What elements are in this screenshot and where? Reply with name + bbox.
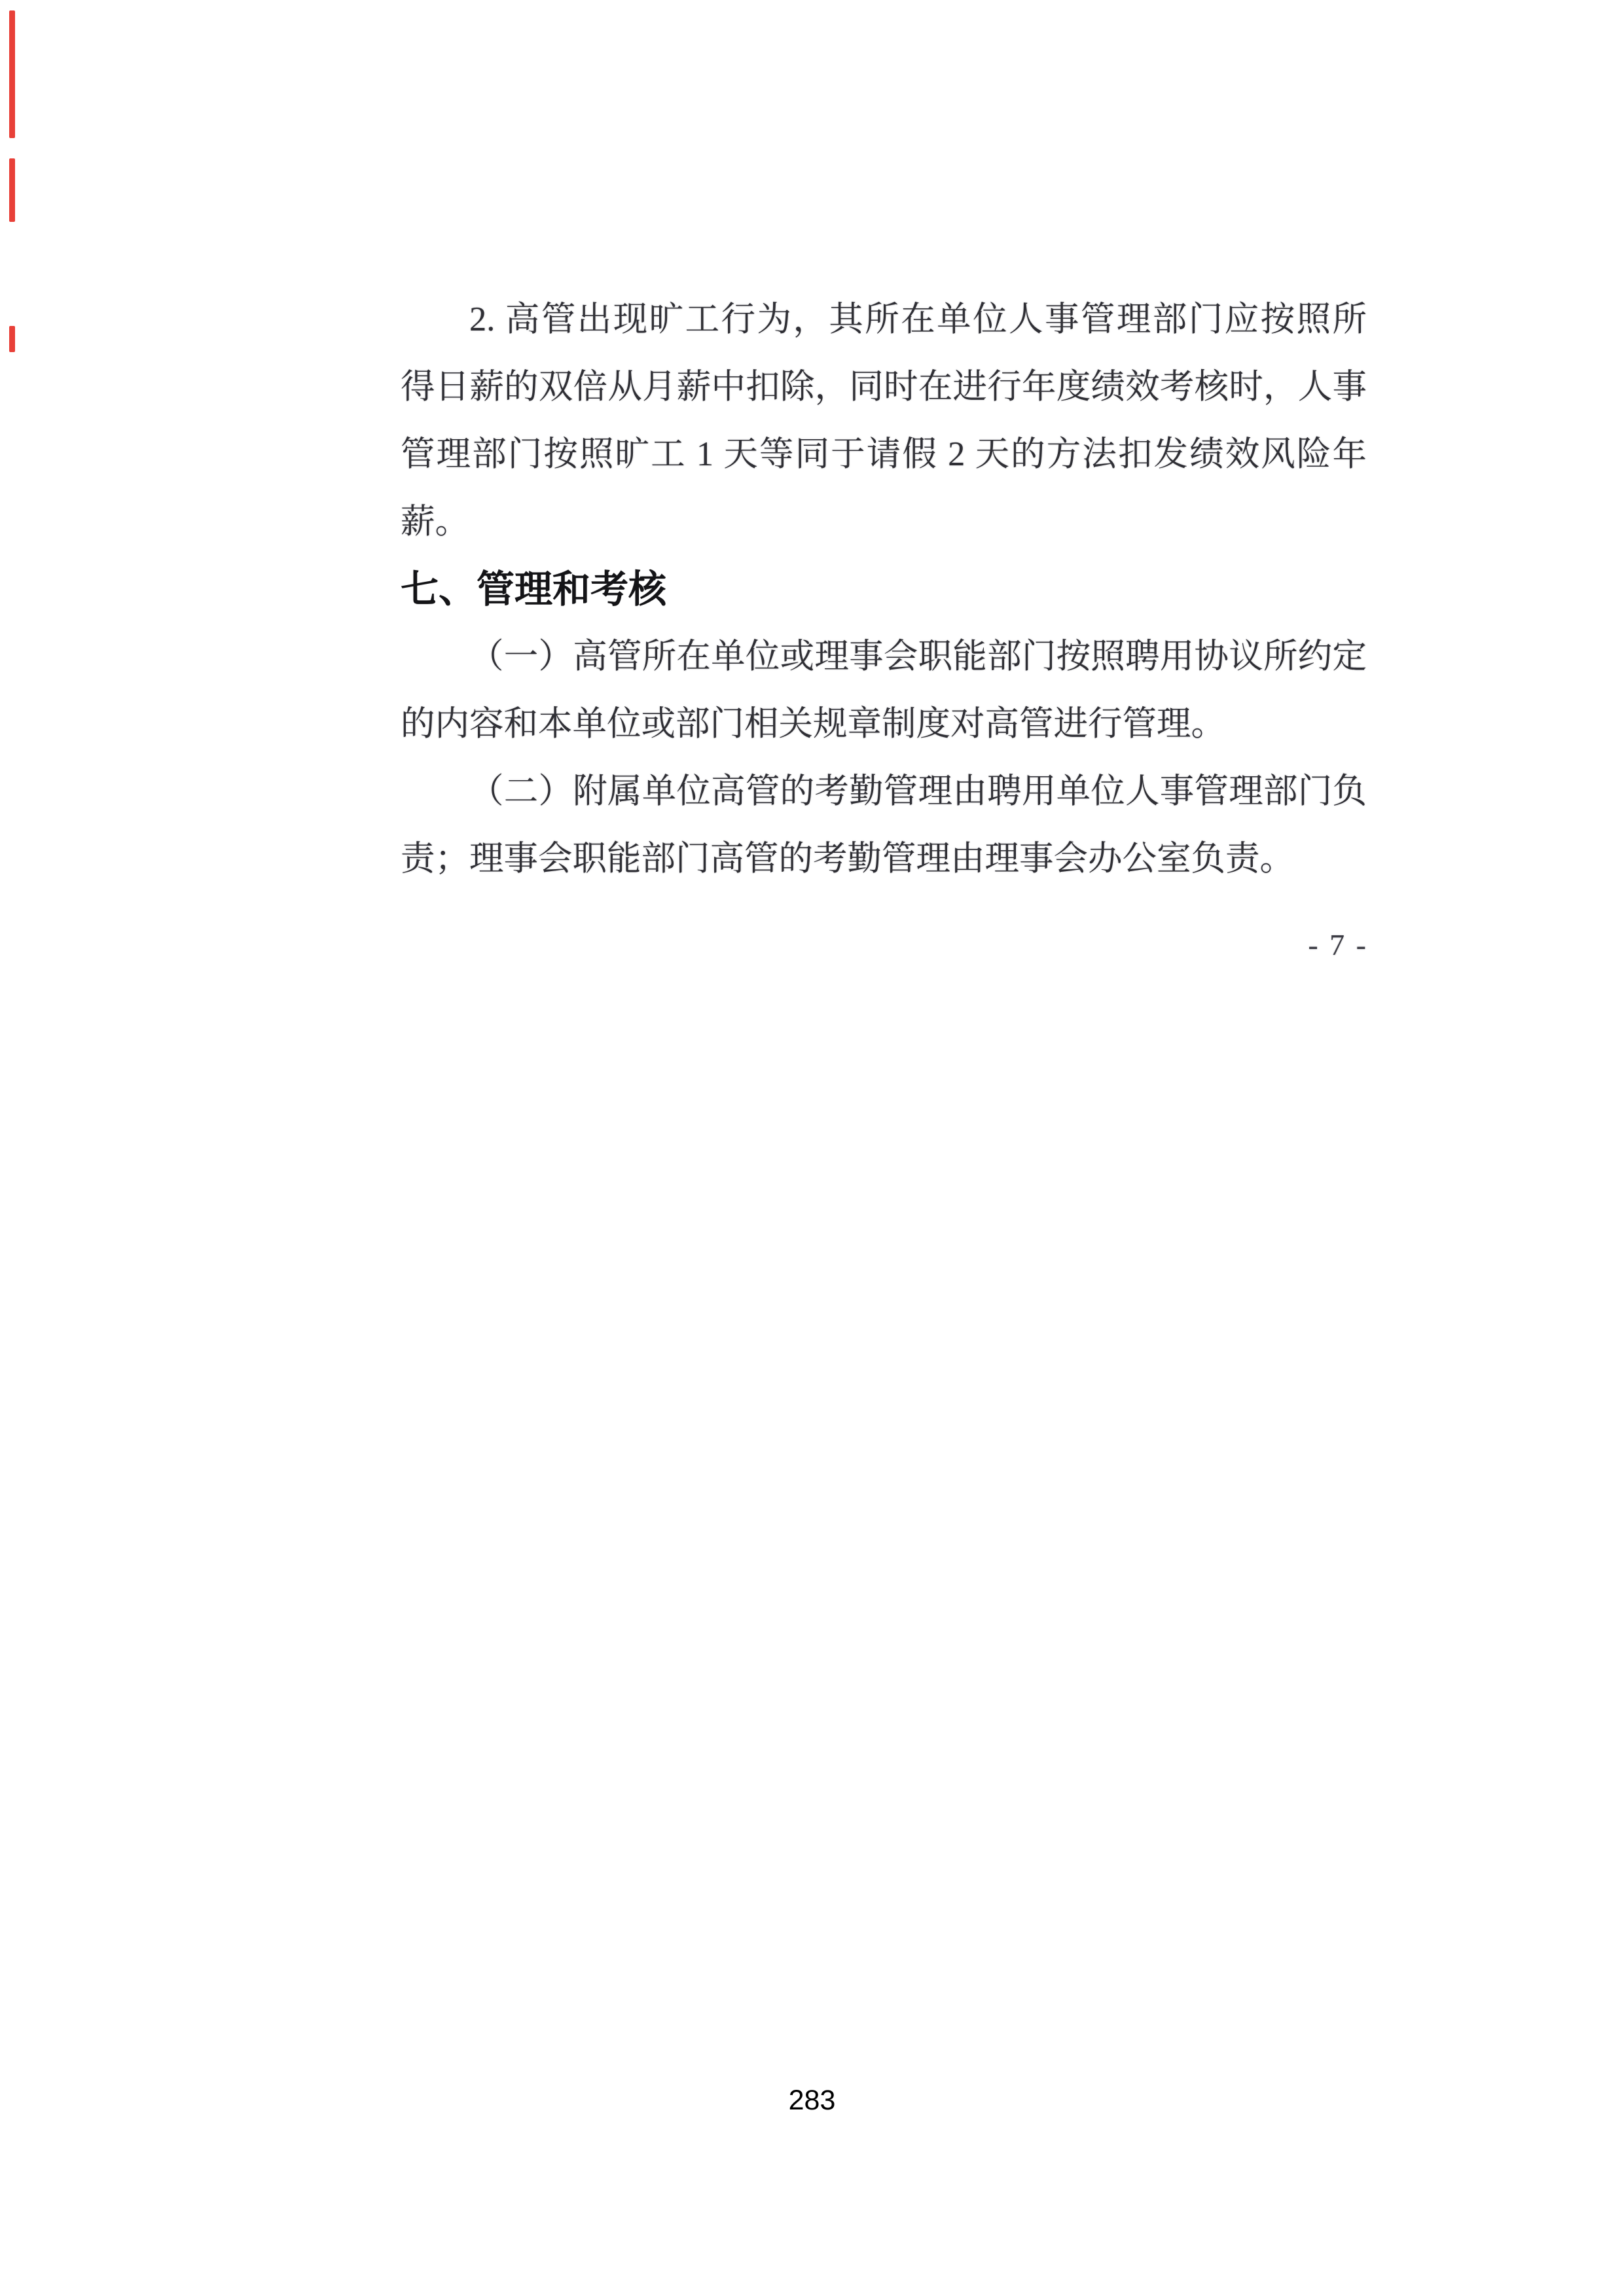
red-edge-mark-2 [9, 158, 15, 222]
footer-page-number: 283 [0, 2085, 1624, 2115]
text-block: 2. 高管出现旷工行为，其所在单位人事管理部门应按照所 得日薪的双倍从月薪中扣除… [401, 286, 1367, 893]
inner-page-number: - 7 - [1308, 928, 1368, 962]
section-heading: 七、管理和考核 [401, 556, 1367, 623]
paragraph-penalty-line-1: 2. 高管出现旷工行为，其所在单位人事管理部门应按照所 [401, 286, 1367, 353]
red-edge-mark-3 [9, 326, 15, 352]
paragraph-penalty-line-4: 薪。 [401, 488, 1367, 556]
paragraph-penalty-line-3: 管理部门按照旷工 1 天等同于请假 2 天的方法扣发绩效风险年 [401, 421, 1367, 488]
red-edge-mark-1 [9, 10, 15, 138]
item-two-line-1: （二）附属单位高管的考勤管理由聘用单位人事管理部门负 [401, 758, 1367, 825]
item-one-line-1: （一）高管所在单位或理事会职能部门按照聘用协议所约定 [401, 623, 1367, 691]
paragraph-penalty-line-2: 得日薪的双倍从月薪中扣除，同时在进行年度绩效考核时，人事 [401, 353, 1367, 421]
item-two-line-2: 责；理事会职能部门高管的考勤管理由理事会办公室负责。 [401, 825, 1367, 893]
document-page: 2. 高管出现旷工行为，其所在单位人事管理部门应按照所 得日薪的双倍从月薪中扣除… [0, 0, 1624, 2296]
item-one-line-2: 的内容和本单位或部门相关规章制度对高管进行管理。 [401, 691, 1367, 758]
